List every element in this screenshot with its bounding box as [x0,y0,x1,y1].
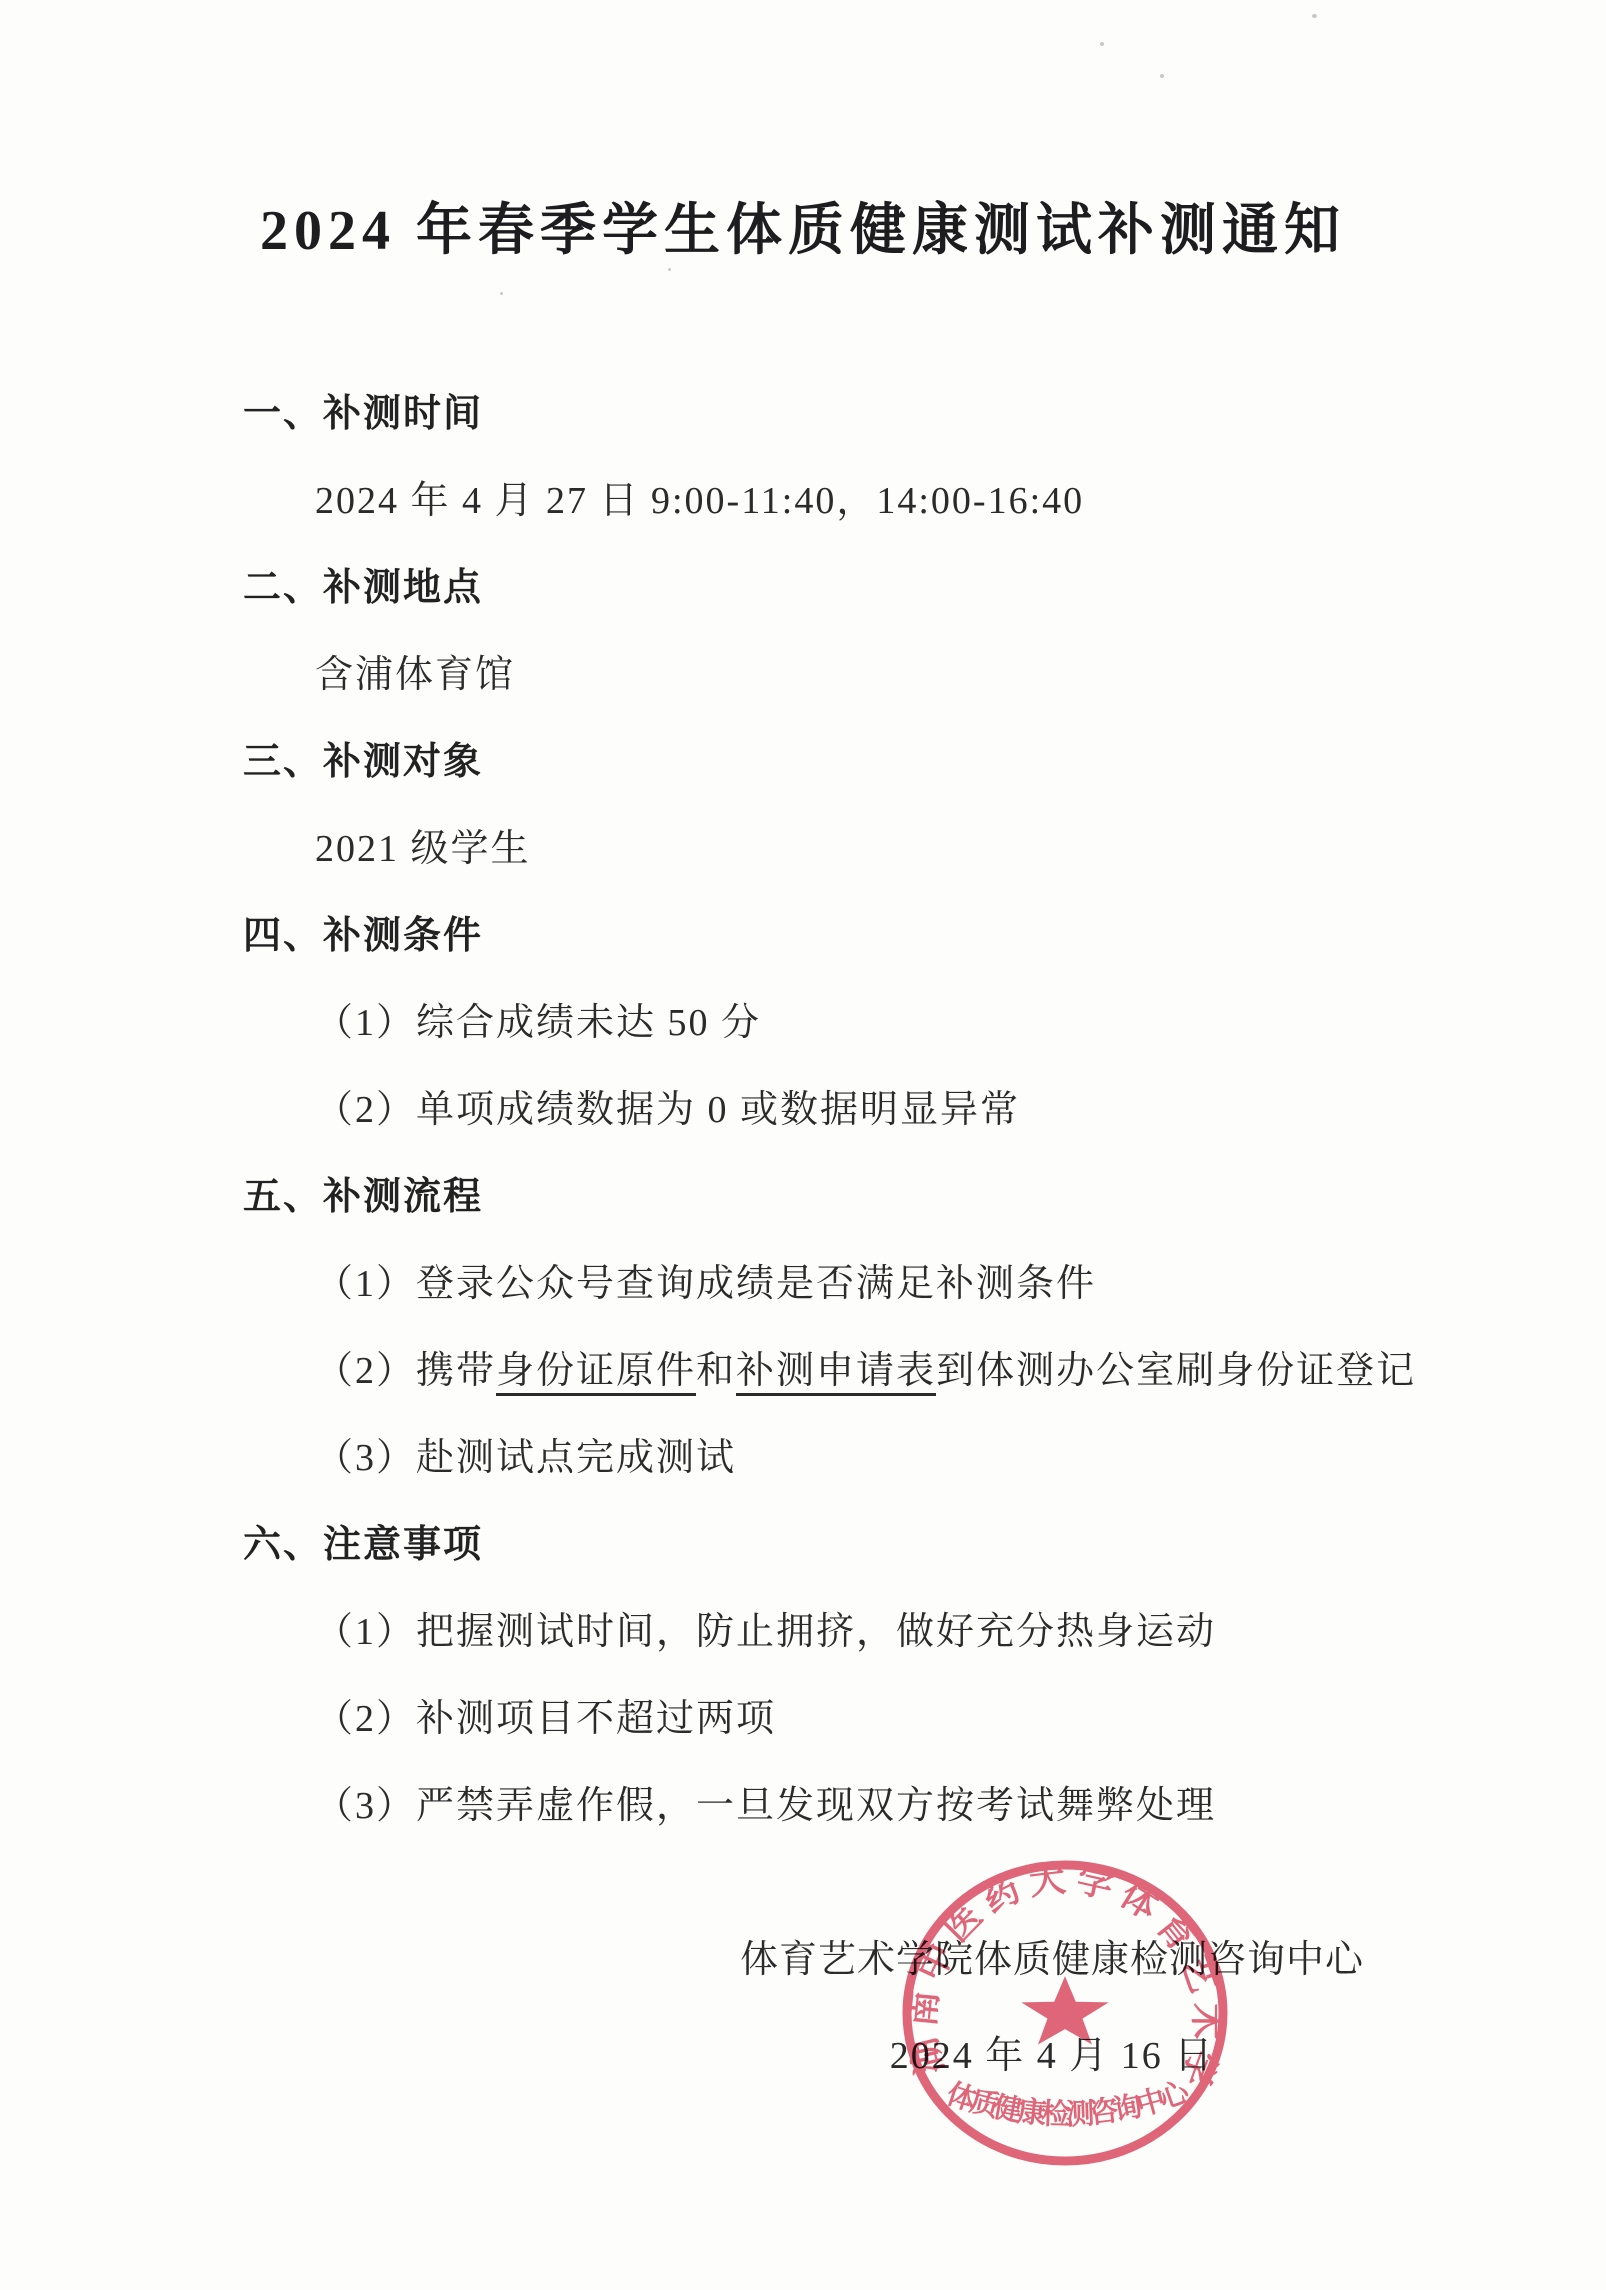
section-heading-3: 三、补测对象 [243,730,483,785]
stamp-arc-text: 湖南中医药大学体育艺术学院 [885,1848,1227,2094]
scan-speck [668,268,671,271]
section-heading-5: 五、补测流程 [243,1165,483,1220]
item-text: 到体测办公室刷身份证登记 [936,1350,1416,1392]
item-text: 和 [696,1350,736,1392]
page-title: 2024 年春季学生体质健康测试补测通知 [0,186,1606,266]
stamp-star-icon [1021,1976,1108,2044]
section-3-item-1: 2021 级学生 [315,817,531,872]
section-heading-2: 二、补测地点 [243,556,483,611]
section-heading-6: 六、注意事项 [243,1513,483,1568]
section-heading-1: 一、补测时间 [243,382,483,437]
section-5-item-1: （1）登录公众号查询成绩是否满足补测条件 [315,1252,1096,1307]
section-5-item-2: （2）携带身份证原件和补测申请表到体测办公室刷身份证登记 [315,1339,1416,1394]
section-6-item-3: （3）严禁弄虚作假，一旦发现双方按考试舞弊处理 [315,1774,1216,1829]
section-1-item-1: 2024 年 4 月 27 日 9:00-11:40，14:00-16:40 [315,469,1084,524]
section-6-item-2: （2）补测项目不超过两项 [315,1687,776,1742]
official-stamp: 湖南中医药大学体育艺术学院 体质健康检测咨询中心 [885,1848,1245,2178]
section-4-item-1: （1）综合成绩未达 50 分 [315,991,761,1046]
section-heading-4: 四、补测条件 [243,904,483,959]
scan-speck [1312,14,1317,18]
section-4-item-2: （2）单项成绩数据为 0 或数据明显异常 [315,1078,1020,1133]
scan-speck [500,292,503,295]
item-text: （2）携带 [315,1350,496,1392]
scan-speck [1160,74,1164,78]
section-2-item-1: 含浦体育馆 [315,643,515,698]
section-5-item-3: （3）赴测试点完成测试 [315,1426,736,1481]
underlined-id-card-text: 身份证原件 [496,1350,696,1396]
scan-speck [1100,42,1104,46]
section-6-item-1: （1）把握测试时间，防止拥挤，做好充分热身运动 [315,1600,1216,1655]
scanned-notice-page: 2024 年春季学生体质健康测试补测通知 一、补测时间 2024 年 4 月 2… [0,0,1606,2290]
underlined-application-form-text: 补测申请表 [736,1350,936,1396]
stamp-bottom-text: 体质健康检测咨询中心 [943,2075,1195,2132]
